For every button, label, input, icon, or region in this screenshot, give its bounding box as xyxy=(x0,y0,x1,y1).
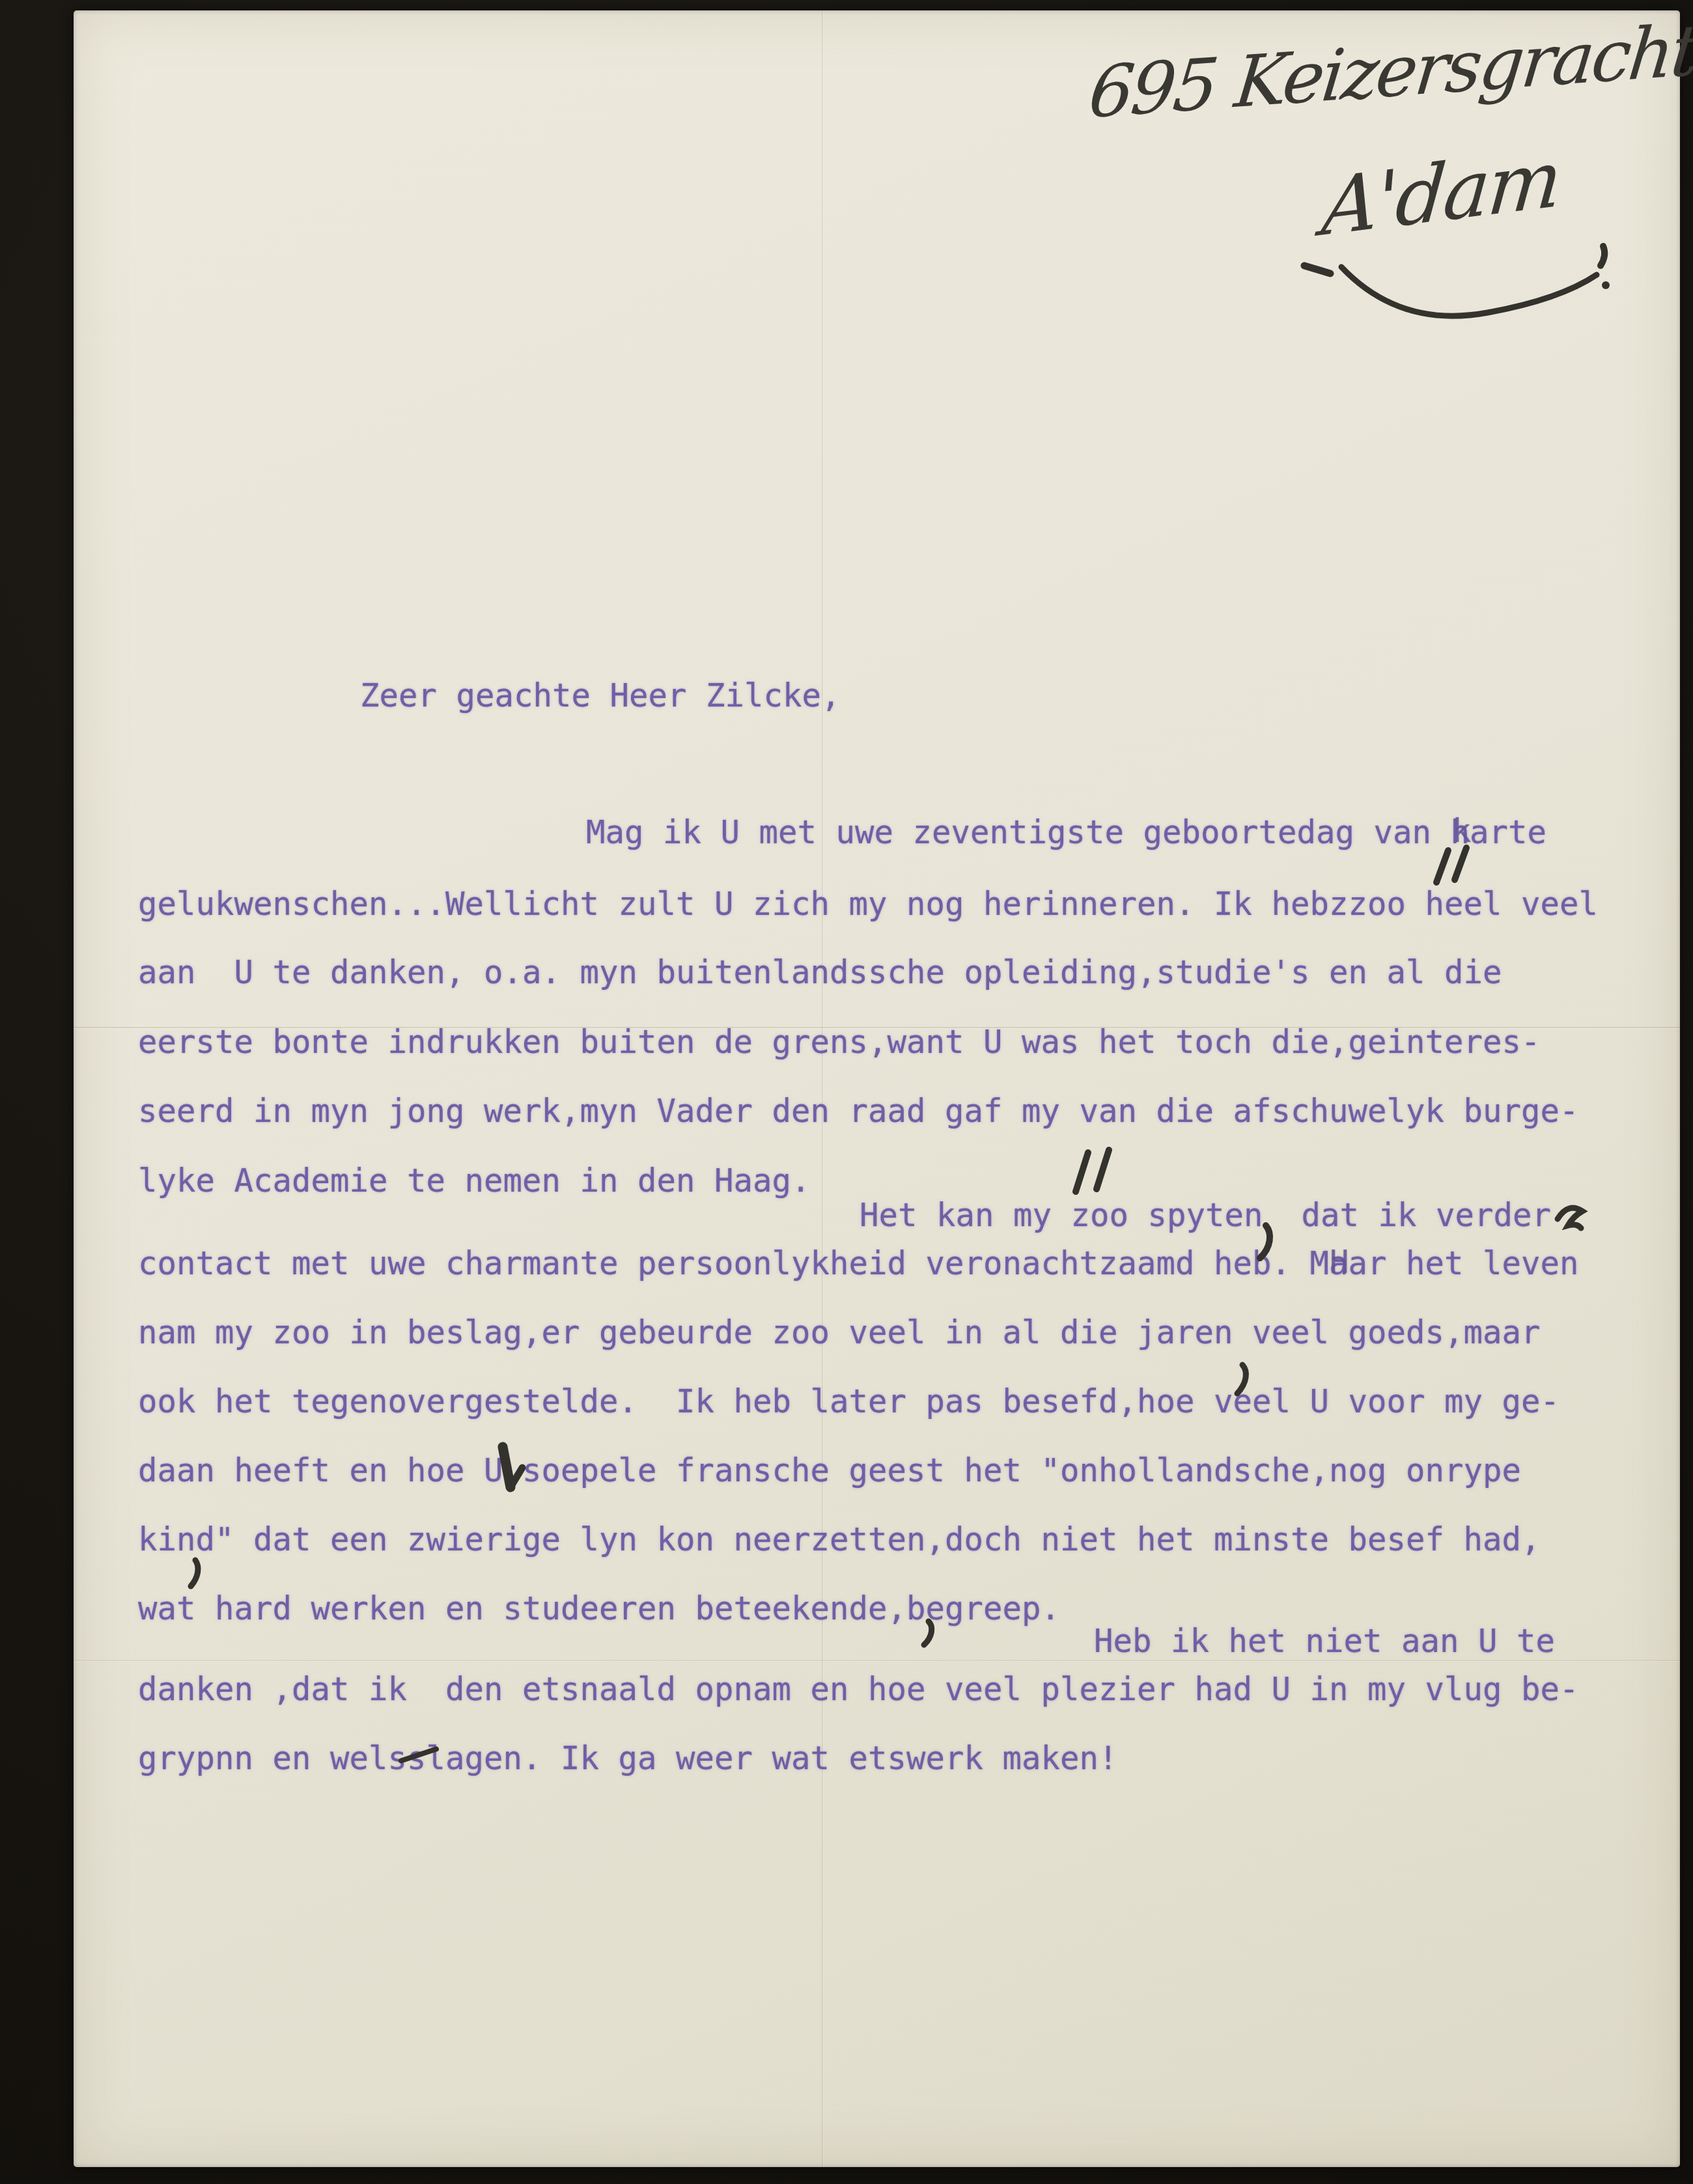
ink-stroke-after-U xyxy=(503,1447,511,1487)
flourish-end-tick xyxy=(1601,246,1604,266)
inserted-comma-had xyxy=(924,1621,932,1645)
accent-mark-zoo xyxy=(1076,1153,1088,1192)
inserted-comma-kind xyxy=(191,1560,198,1586)
accent-mark-heel xyxy=(1436,850,1448,882)
inserted-comma-spyten xyxy=(1260,1225,1270,1258)
flourish-start-dash xyxy=(1304,266,1330,273)
flourish-after-verder xyxy=(1558,1208,1582,1228)
strike-through-welsslagen xyxy=(401,1749,436,1761)
scanned-letter-page: { "document_type": "scanned typewritten … xyxy=(0,0,1693,2184)
accent-mark-heel xyxy=(1455,848,1466,880)
ink-annotations-overlay xyxy=(0,0,1693,2184)
inserted-comma-jaren xyxy=(1237,1365,1246,1393)
accent-mark-zoo xyxy=(1097,1150,1109,1189)
underline-flourish xyxy=(1341,267,1597,316)
flourish-dot xyxy=(1602,281,1610,289)
